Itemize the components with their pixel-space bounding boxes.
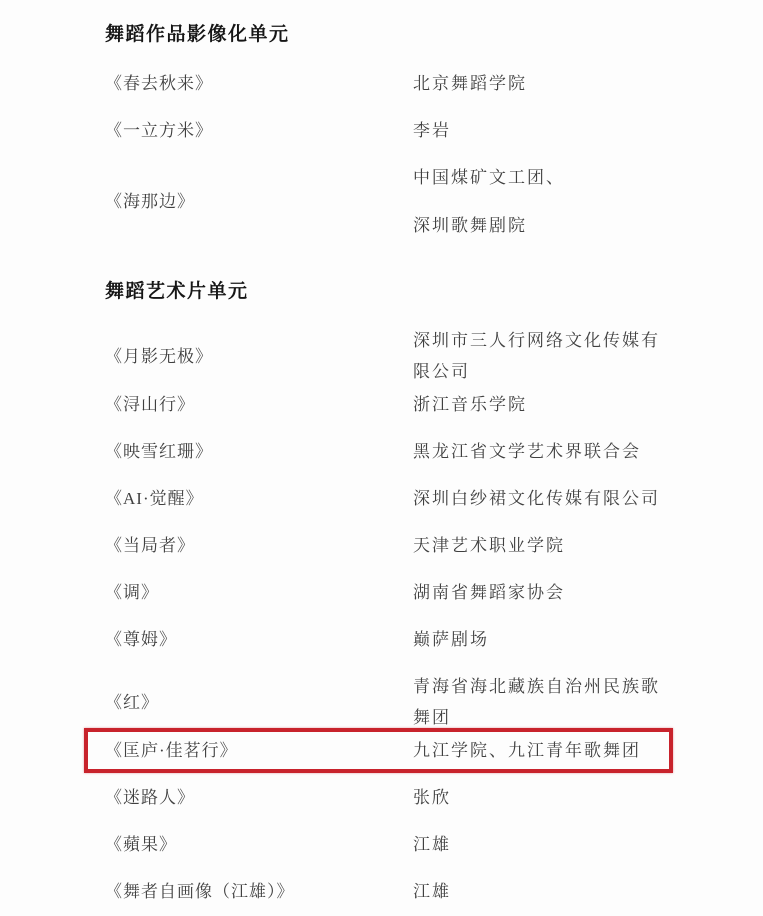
- list-item: 《当局者》天津艺术职业学院: [105, 530, 763, 561]
- list-item: 《红》青海省海北藏族自治州民族歌舞团: [105, 671, 763, 733]
- list-item: 《一立方米》李岩: [105, 115, 763, 146]
- list-item: 《映雪红珊》黑龙江省文学艺术界联合会: [105, 436, 763, 467]
- work-title: 《浔山行》: [105, 389, 413, 420]
- organization: 中国煤矿文工团、深圳歌舞剧院: [413, 162, 665, 241]
- organization: 九江学院、九江青年歌舞团: [413, 735, 665, 766]
- organization: 天津艺术职业学院: [413, 530, 665, 561]
- section-heading: 舞蹈艺术片单元: [105, 279, 763, 305]
- work-title: 《一立方米》: [105, 115, 413, 146]
- list-item: 《月影无极》深圳市三人行网络文化传媒有限公司: [105, 325, 763, 387]
- list-item: 《匡庐·佳茗行》九江学院、九江青年歌舞团: [105, 735, 763, 766]
- work-title: 《尊姆》: [105, 624, 413, 655]
- list-item: 《AI·觉醒》深圳白纱裙文化传媒有限公司: [105, 483, 763, 514]
- work-title: 《映雪红珊》: [105, 436, 413, 467]
- organization: 江雄: [413, 829, 665, 860]
- list-item: 《浔山行》浙江音乐学院: [105, 389, 763, 420]
- organization: 深圳市三人行网络文化传媒有限公司: [413, 325, 665, 387]
- organization: 湖南省舞蹈家协会: [413, 577, 665, 608]
- work-title: 《海那边》: [105, 186, 413, 217]
- work-title: 《春去秋来》: [105, 68, 413, 99]
- work-title: 《舞者自画像（江雄）》: [105, 876, 413, 907]
- work-title: 《AI·觉醒》: [105, 483, 413, 514]
- work-title: 《调》: [105, 577, 413, 608]
- list-item: 《春去秋来》北京舞蹈学院: [105, 68, 763, 99]
- organization: 黑龙江省文学艺术界联合会: [413, 436, 665, 467]
- organization: 青海省海北藏族自治州民族歌舞团: [413, 671, 665, 733]
- organization: 北京舞蹈学院: [413, 68, 665, 99]
- organization: 巅萨剧场: [413, 624, 665, 655]
- organization: 深圳白纱裙文化传媒有限公司: [413, 483, 665, 514]
- list-item: 《海那边》中国煤矿文工团、深圳歌舞剧院: [105, 162, 763, 241]
- list-item: 《舞者自画像（江雄）》江雄: [105, 876, 763, 907]
- work-title: 《匡庐·佳茗行》: [105, 735, 413, 766]
- work-title: 《红》: [105, 687, 413, 718]
- list-item: 《迷路人》张欣: [105, 782, 763, 813]
- list-item: 《调》湖南省舞蹈家协会: [105, 577, 763, 608]
- organization: 江雄: [413, 876, 665, 907]
- organization: 张欣: [413, 782, 665, 813]
- work-title: 《迷路人》: [105, 782, 413, 813]
- work-title: 《蘋果》: [105, 829, 413, 860]
- section-heading: 舞蹈作品影像化单元: [105, 22, 763, 48]
- list-item: 《尊姆》巅萨剧场: [105, 624, 763, 655]
- document-page: 舞蹈作品影像化单元《春去秋来》北京舞蹈学院《一立方米》李岩《海那边》中国煤矿文工…: [0, 0, 763, 916]
- work-title: 《月影无极》: [105, 341, 413, 372]
- organization: 浙江音乐学院: [413, 389, 665, 420]
- work-title: 《当局者》: [105, 530, 413, 561]
- list-item: 《蘋果》江雄: [105, 829, 763, 860]
- organization: 李岩: [413, 115, 665, 146]
